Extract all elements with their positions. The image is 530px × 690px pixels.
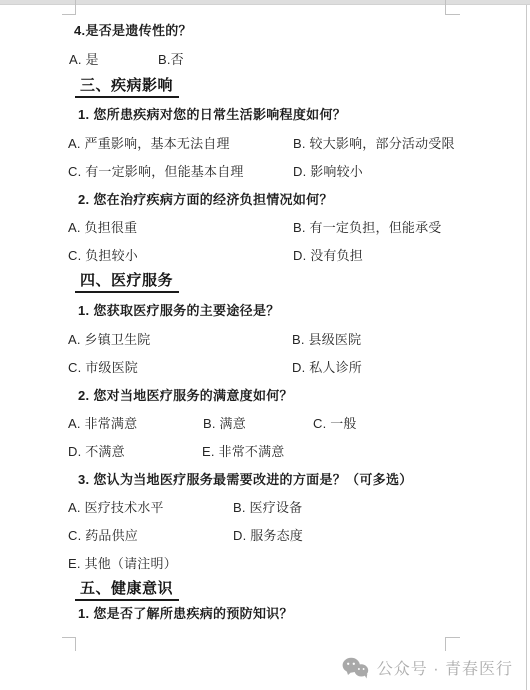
option-item: E. 非常不满意 <box>202 441 285 460</box>
option-item: E. 其他（请注明） <box>68 553 177 572</box>
option-item: A. 乡镇卫生院 <box>68 329 151 348</box>
question-text: 3. 您认为当地医疗服务最需要改进的方面是？（可多选） <box>78 469 413 488</box>
question-row: 2. 您对当地医疗服务的满意度如何？ <box>0 385 530 404</box>
option-item: D. 不满意 <box>68 441 125 460</box>
option-item: C. 市级医院 <box>68 357 138 376</box>
question-row: 1. 您获取医疗服务的主要途径是？ <box>0 300 530 319</box>
option-item: C. 药品供应 <box>68 525 138 544</box>
option-item: C. 有一定影响，但能基本自理 <box>68 161 244 180</box>
question-row: 1. 您是否了解所患疾病的预防知识？ <box>0 603 530 622</box>
option-item: B.否 <box>158 49 184 68</box>
option-item: B. 有一定负担，但能承受 <box>293 217 442 236</box>
options-row: C. 药品供应D. 服务态度 <box>0 525 530 544</box>
options-row: A. 乡镇卫生院B. 县级医院 <box>0 329 530 348</box>
wechat-icon <box>342 657 369 679</box>
option-item: B. 较大影响，部分活动受限 <box>293 133 455 152</box>
question-text: 4.是否是遗传性的？ <box>74 20 192 39</box>
question-text: 1. 您所患疾病对您的日常生活影响程度如何？ <box>78 104 346 123</box>
option-item: C. 一般 <box>313 413 357 432</box>
question-row: 4.是否是遗传性的？ <box>0 20 530 39</box>
options-row: C. 负担较小D. 没有负担 <box>0 245 530 264</box>
watermark-text: 公众号 · 青春医行 <box>377 656 513 679</box>
options-row: A. 严重影响，基本无法自理B. 较大影响，部分活动受限 <box>0 133 530 152</box>
options-row: C. 有一定影响，但能基本自理D. 影响较小 <box>0 161 530 180</box>
question-text: 2. 您在治疗疾病方面的经济负担情况如何？ <box>78 189 333 208</box>
options-row: A. 医疗技术水平B. 医疗设备 <box>0 497 530 516</box>
option-item: D. 服务态度 <box>233 525 303 544</box>
option-item: A. 非常满意 <box>68 413 137 432</box>
option-item: D. 没有负担 <box>293 245 363 264</box>
option-item: A. 严重影响，基本无法自理 <box>68 133 230 152</box>
options-row: D. 不满意E. 非常不满意 <box>0 441 530 460</box>
option-item: B. 满意 <box>203 413 246 432</box>
option-item: D. 影响较小 <box>293 161 363 180</box>
question-text: 1. 您是否了解所患疾病的预防知识？ <box>78 603 293 622</box>
section-title: 四、医疗服务 <box>75 269 179 293</box>
question-text: 2. 您对当地医疗服务的满意度如何？ <box>78 385 293 404</box>
section-heading-row: 五、健康意识 <box>0 577 530 596</box>
question-row: 2. 您在治疗疾病方面的经济负担情况如何？ <box>0 189 530 208</box>
watermark: 公众号 · 青春医行 <box>342 656 513 679</box>
section-heading-row: 四、医疗服务 <box>0 269 530 288</box>
options-row: E. 其他（请注明） <box>0 553 530 572</box>
question-row: 1. 您所患疾病对您的日常生活影响程度如何？ <box>0 104 530 123</box>
option-item: C. 负担较小 <box>68 245 138 264</box>
option-item: A. 负担很重 <box>68 217 137 236</box>
question-text: 1. 您获取医疗服务的主要途径是？ <box>78 300 280 319</box>
section-title: 五、健康意识 <box>75 577 179 601</box>
option-item: A. 是 <box>69 49 99 68</box>
option-item: D. 私人诊所 <box>292 357 362 376</box>
question-row: 3. 您认为当地医疗服务最需要改进的方面是？（可多选） <box>0 469 530 488</box>
options-row: A. 非常满意B. 满意C. 一般 <box>0 413 530 432</box>
options-row: C. 市级医院D. 私人诊所 <box>0 357 530 376</box>
option-item: B. 县级医院 <box>292 329 361 348</box>
document-page: 4.是否是遗传性的？A. 是B.否三、疾病影响1. 您所患疾病对您的日常生活影响… <box>0 0 530 690</box>
questionnaire-content: 4.是否是遗传性的？A. 是B.否三、疾病影响1. 您所患疾病对您的日常生活影响… <box>0 0 530 690</box>
section-title: 三、疾病影响 <box>75 74 179 98</box>
options-row: A. 是B.否 <box>0 49 530 68</box>
options-row: A. 负担很重B. 有一定负担，但能承受 <box>0 217 530 236</box>
option-item: A. 医疗技术水平 <box>68 497 164 516</box>
section-heading-row: 三、疾病影响 <box>0 74 530 93</box>
option-item: B. 医疗设备 <box>233 497 302 516</box>
